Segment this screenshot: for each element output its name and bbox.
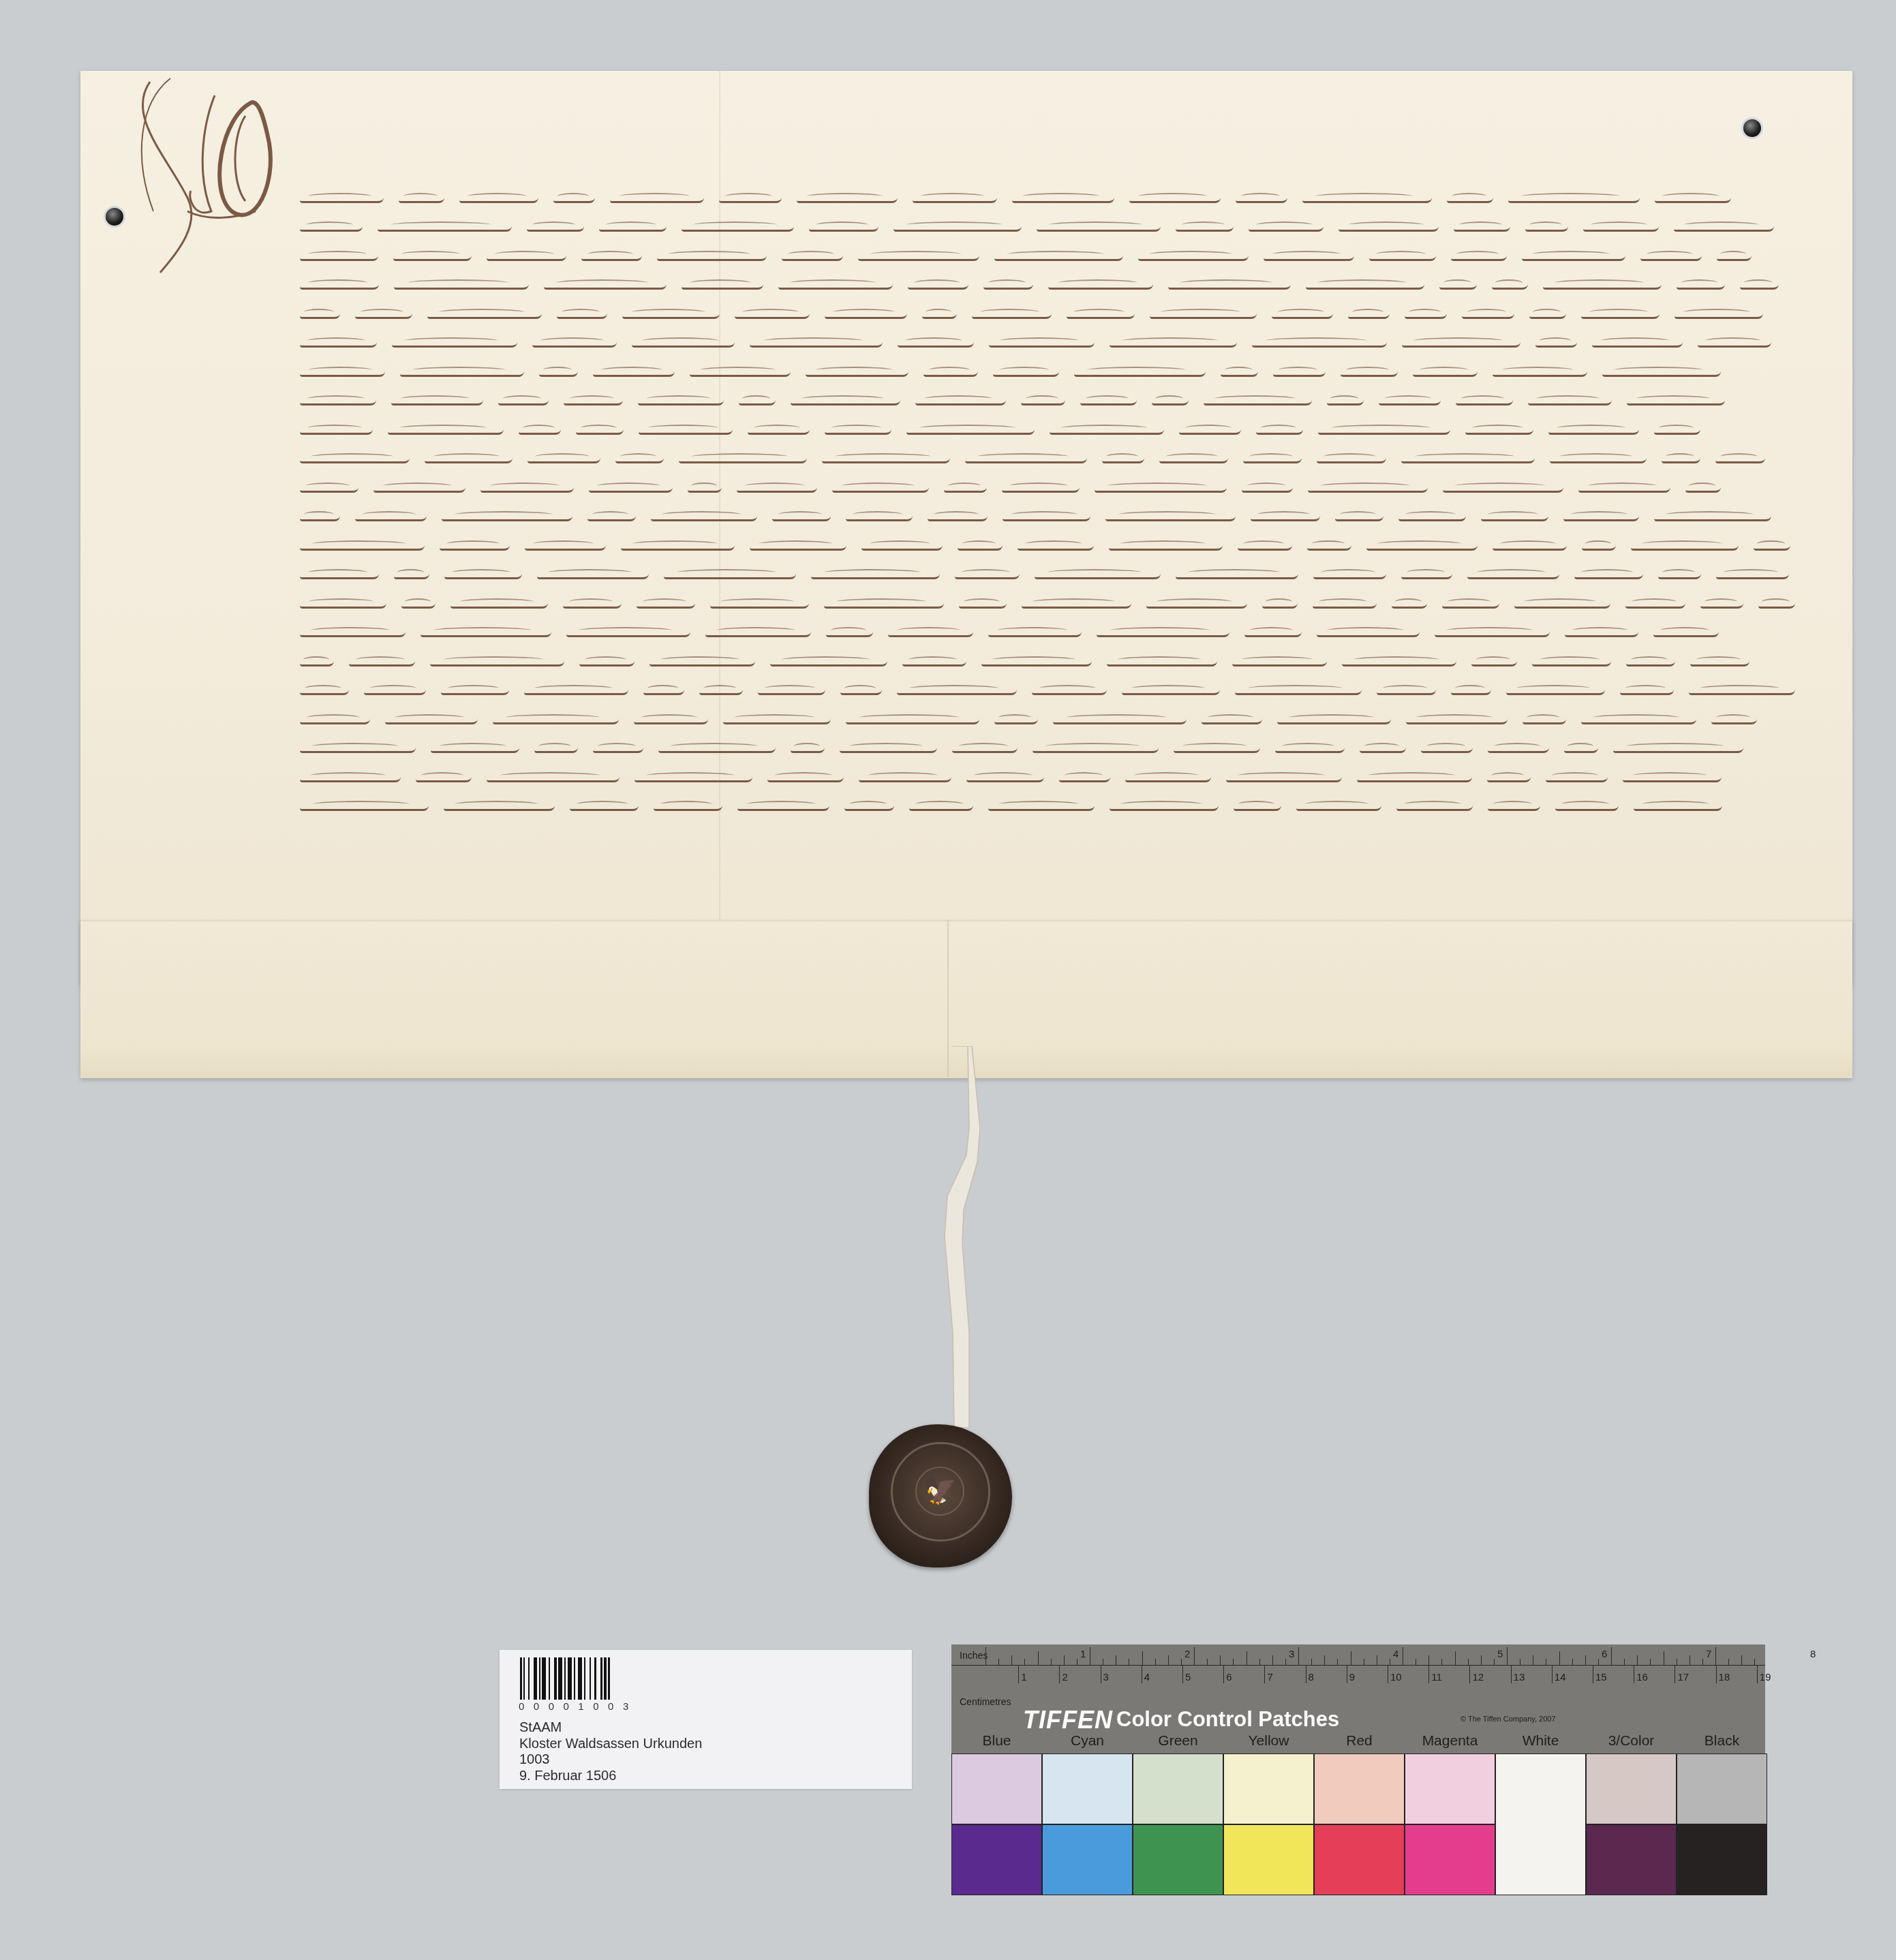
script-word <box>401 594 435 609</box>
ruler-tick-inch <box>1611 1647 1612 1665</box>
text-line <box>300 724 1820 754</box>
script-word <box>1658 568 1701 579</box>
label-institution: StAAM <box>519 1720 702 1736</box>
label-number: 1003 <box>519 1752 702 1768</box>
script-word <box>430 653 564 667</box>
script-word <box>1447 192 1493 203</box>
patch-label-magenta: Magenta <box>1405 1733 1495 1749</box>
script-word <box>750 333 883 348</box>
script-word <box>1318 422 1450 435</box>
script-word <box>1627 391 1725 405</box>
script-word <box>1159 453 1228 463</box>
script-word <box>1581 308 1660 319</box>
script-word <box>1574 566 1643 579</box>
script-word <box>300 391 376 405</box>
script-word <box>1202 716 1262 724</box>
barcode-number: 00001003 <box>519 1701 638 1713</box>
script-word <box>758 683 825 695</box>
patch-dark-green <box>1133 1824 1223 1895</box>
ruler-tick-inch <box>1168 1655 1169 1665</box>
script-word <box>1308 478 1428 493</box>
script-word <box>1146 600 1247 609</box>
text-line <box>300 261 1820 290</box>
script-word <box>1021 394 1065 405</box>
script-word <box>1653 622 1719 637</box>
patch-light-cyan <box>1042 1754 1133 1824</box>
script-word <box>1405 310 1447 319</box>
script-word <box>1109 538 1223 551</box>
script-word <box>576 421 624 435</box>
script-word <box>1529 306 1566 319</box>
script-word <box>440 537 510 551</box>
script-word <box>1583 219 1659 232</box>
ruler-tick-inch <box>1285 1659 1286 1665</box>
script-word <box>388 423 504 435</box>
patch-label-blue: Blue <box>951 1733 1042 1749</box>
script-word <box>952 741 1018 753</box>
script-word <box>1235 683 1362 695</box>
script-word <box>688 481 722 493</box>
script-word <box>450 598 548 609</box>
script-word <box>1620 682 1674 695</box>
script-word <box>1543 275 1662 290</box>
script-word <box>593 362 675 377</box>
script-word <box>1341 363 1398 377</box>
script-word <box>1456 392 1513 405</box>
script-word <box>1377 684 1436 695</box>
script-word <box>1379 395 1441 405</box>
script-word <box>459 191 538 203</box>
script-word <box>1234 797 1281 811</box>
text-line <box>300 435 1820 464</box>
script-word <box>1022 594 1131 609</box>
script-word <box>421 626 551 637</box>
script-word <box>1396 799 1473 811</box>
ruler-inch-number: 7 <box>1706 1649 1711 1660</box>
script-word <box>498 394 549 405</box>
ruler-tick-cm <box>1593 1666 1593 1683</box>
script-word <box>1451 250 1507 261</box>
patch-dark-yellow <box>1223 1824 1314 1895</box>
script-word <box>739 397 776 405</box>
ruler-tick-inch <box>1181 1659 1182 1665</box>
text-line <box>300 521 1820 551</box>
text-line <box>300 667 1820 696</box>
script-word <box>1465 424 1533 435</box>
barcode-bar <box>608 1657 610 1700</box>
script-word <box>1174 739 1260 753</box>
ruler-inch-number: 6 <box>1602 1649 1607 1660</box>
script-word <box>1110 798 1219 811</box>
script-word <box>1700 597 1743 609</box>
script-word <box>534 739 578 753</box>
script-word <box>1523 714 1566 724</box>
script-word <box>1392 600 1427 609</box>
script-word <box>643 686 684 695</box>
script-word <box>1592 335 1683 348</box>
script-word <box>1129 192 1221 203</box>
script-word <box>637 595 695 609</box>
script-word <box>539 366 578 377</box>
script-word <box>965 452 1087 463</box>
patch-light-blue <box>951 1754 1042 1824</box>
patch-dark-magenta <box>1405 1824 1495 1895</box>
script-word <box>658 740 776 753</box>
script-word <box>1555 797 1619 811</box>
script-word <box>581 251 642 261</box>
script-word <box>983 276 1033 290</box>
script-word <box>893 221 1022 232</box>
patch-light-magenta <box>1405 1754 1495 1824</box>
text-line <box>300 348 1820 377</box>
script-word <box>1313 566 1386 579</box>
ruler-tick-cm <box>1182 1666 1183 1683</box>
script-word <box>300 741 416 753</box>
script-word <box>442 509 572 521</box>
script-word <box>487 774 620 782</box>
script-word <box>690 367 791 377</box>
script-word <box>1508 194 1640 203</box>
script-word <box>1442 596 1499 609</box>
script-word <box>1357 769 1472 782</box>
script-word <box>1623 767 1722 782</box>
ruler-tick-inch <box>1259 1659 1260 1665</box>
script-word <box>737 484 817 493</box>
script-word <box>493 711 619 724</box>
script-word <box>300 222 363 232</box>
ruler-cm-number: 15 <box>1595 1672 1607 1683</box>
seal-strap <box>939 1046 980 1428</box>
script-word <box>1003 509 1090 521</box>
script-word <box>1369 250 1436 261</box>
text-line <box>300 174 1820 203</box>
script-word <box>1402 336 1520 348</box>
script-word <box>846 716 979 724</box>
script-word <box>1050 421 1164 435</box>
script-word <box>858 246 979 261</box>
script-word <box>966 767 1044 782</box>
text-line <box>300 377 1820 406</box>
script-word <box>989 334 1095 348</box>
script-word <box>679 450 807 463</box>
ruler-tick-cm <box>1223 1666 1224 1683</box>
text-line <box>300 609 1820 638</box>
script-word <box>349 652 415 667</box>
script-word <box>1546 767 1608 782</box>
ruler-tick-inch <box>1403 1647 1403 1665</box>
script-word <box>654 797 722 811</box>
script-word <box>806 367 908 377</box>
script-word <box>1074 365 1206 377</box>
script-word <box>955 568 1020 579</box>
patch-white <box>1495 1754 1586 1895</box>
script-word <box>1698 334 1771 348</box>
script-word <box>300 508 340 521</box>
script-word <box>400 363 524 377</box>
script-word <box>682 221 794 232</box>
script-word <box>1252 335 1387 348</box>
script-word <box>300 686 349 695</box>
text-line <box>300 290 1820 319</box>
script-word <box>527 455 600 463</box>
ruler-tick-inch <box>1715 1647 1716 1665</box>
script-word <box>1487 769 1531 782</box>
ruler-cm-number: 10 <box>1390 1672 1402 1683</box>
text-line <box>300 551 1820 580</box>
script-word <box>557 310 607 319</box>
script-word <box>1690 656 1749 667</box>
script-word <box>1401 449 1535 463</box>
script-word <box>1097 623 1229 637</box>
script-word <box>487 249 566 261</box>
ruler-cm-number: 14 <box>1555 1672 1566 1683</box>
ruler-tick-inch <box>1024 1659 1025 1665</box>
script-word <box>300 365 385 377</box>
script-word <box>993 368 1059 377</box>
script-word <box>1717 250 1752 261</box>
ruler-cm-number: 3 <box>1103 1672 1109 1683</box>
script-word <box>364 684 426 695</box>
script-word <box>1443 479 1563 493</box>
script-word <box>1302 188 1432 203</box>
script-word <box>1232 658 1327 667</box>
script-word <box>1481 512 1548 521</box>
text-line <box>300 319 1820 348</box>
script-word <box>908 281 968 290</box>
ruler-tick-inch <box>1624 1659 1625 1665</box>
ruler-tick-inch <box>1481 1655 1482 1665</box>
script-word <box>1439 281 1477 290</box>
script-word <box>1176 568 1298 579</box>
script-word <box>1454 220 1510 232</box>
ruler-tick-inch <box>1351 1651 1351 1665</box>
archive-label: 00001003 StAAM Kloster Waldsassen Urkund… <box>500 1650 912 1789</box>
ruler-tick-cm <box>1101 1666 1101 1683</box>
card-copyright: © The Tiffen Company, 2007 <box>1461 1715 1556 1724</box>
ruler-tick-inch <box>1116 1655 1116 1665</box>
script-word <box>1506 682 1605 695</box>
script-word <box>1492 277 1528 290</box>
script-word <box>1107 654 1217 667</box>
ruler-tick-inch <box>1637 1655 1638 1665</box>
ruler-tick-inch <box>1364 1659 1364 1665</box>
script-word <box>651 512 757 521</box>
script-word <box>1640 246 1702 261</box>
ruler-tick-inch <box>1272 1655 1273 1665</box>
ruler-tick-inch <box>1129 1659 1129 1665</box>
script-word <box>1327 393 1364 405</box>
script-word <box>1564 743 1598 753</box>
patch-light-black <box>1677 1754 1767 1824</box>
script-word <box>1581 715 1696 724</box>
ruler-tick-inch <box>1103 1659 1103 1665</box>
ruler-cm-number: 8 <box>1309 1672 1314 1683</box>
ruler-tick-cm <box>1469 1666 1470 1683</box>
script-word <box>1342 652 1456 667</box>
script-word <box>564 394 623 405</box>
script-word <box>826 626 873 637</box>
ruler-divider <box>951 1665 1765 1666</box>
ruler-tick-inch <box>1324 1655 1325 1665</box>
script-word <box>832 484 929 493</box>
script-word <box>710 598 809 609</box>
patch-dark-blue <box>951 1824 1042 1895</box>
script-word <box>519 425 561 435</box>
script-word <box>737 801 829 811</box>
script-word <box>1273 364 1326 377</box>
script-word <box>840 682 882 695</box>
patch-dark-3-color <box>1586 1824 1677 1895</box>
script-word <box>1122 686 1220 695</box>
ruler-inch-number: 3 <box>1289 1649 1294 1660</box>
script-word <box>394 566 429 579</box>
ruler-tick-inch <box>998 1659 999 1665</box>
script-word <box>1053 709 1187 724</box>
script-word <box>1179 423 1241 435</box>
patch-label-black: Black <box>1677 1733 1767 1749</box>
script-word <box>1306 280 1424 290</box>
ruler-tick-cm <box>1018 1666 1019 1683</box>
script-word <box>1493 366 1587 377</box>
script-word <box>1758 596 1795 609</box>
script-word <box>1550 451 1647 463</box>
script-word <box>427 309 542 319</box>
ruler-cm-number: 17 <box>1677 1672 1689 1683</box>
script-word <box>1522 247 1625 261</box>
script-word <box>906 422 1035 435</box>
script-word <box>632 336 735 348</box>
script-word <box>544 277 667 290</box>
ruler-tick-inch <box>1298 1647 1299 1665</box>
script-word <box>1262 599 1298 609</box>
script-word <box>391 397 483 405</box>
script-word <box>622 310 720 319</box>
script-word <box>300 249 378 261</box>
script-word <box>772 512 831 521</box>
script-word <box>300 420 373 435</box>
patch-dark-black <box>1677 1824 1767 1895</box>
script-word <box>735 309 810 319</box>
ruler-tick-inch <box>1468 1659 1469 1665</box>
script-word <box>1018 540 1094 551</box>
script-word <box>897 680 1017 695</box>
script-word <box>1532 656 1611 667</box>
ruler-tick-inch <box>1754 1659 1755 1665</box>
ruler-cm-number: 4 <box>1144 1672 1150 1683</box>
script-word <box>1348 305 1390 319</box>
ruler-tick-inch <box>1507 1647 1508 1665</box>
ruler-cm-number: 12 <box>1472 1672 1484 1683</box>
script-word <box>1514 599 1610 609</box>
script-word <box>399 193 444 203</box>
script-word <box>537 570 649 579</box>
ruler-tick-inch <box>1585 1655 1586 1665</box>
ruler-tick-inch <box>1650 1659 1651 1665</box>
ruler-tick-inch <box>1677 1659 1677 1665</box>
ruler-tick-inch <box>1038 1651 1039 1665</box>
script-word <box>846 512 913 521</box>
card-title: Color Control Patches <box>1116 1707 1339 1732</box>
barcode <box>520 1657 610 1700</box>
script-word <box>1264 252 1354 261</box>
script-word <box>1548 423 1639 435</box>
script-word <box>393 247 472 261</box>
ruler-tick-inch <box>1247 1651 1247 1665</box>
script-word <box>1406 709 1508 724</box>
script-word <box>1110 335 1237 348</box>
script-word <box>1493 540 1567 551</box>
script-word <box>1582 539 1616 551</box>
script-word <box>1467 567 1559 579</box>
script-word <box>915 391 1006 405</box>
script-word <box>378 220 512 232</box>
script-word <box>431 740 519 753</box>
script-word <box>1366 542 1478 551</box>
ruler-tick-inch <box>1689 1655 1690 1665</box>
script-word <box>480 480 574 493</box>
script-word <box>1525 223 1568 232</box>
patch-label-white: White <box>1495 1733 1586 1749</box>
label-date: 9. Februar 1506 <box>519 1768 702 1785</box>
script-word <box>1654 510 1771 521</box>
script-word <box>1716 570 1789 579</box>
script-word <box>1740 279 1779 290</box>
script-word <box>1277 714 1391 724</box>
ruler-tick-inch <box>1233 1659 1234 1665</box>
script-word <box>723 711 831 724</box>
ruler-cm-number: 11 <box>1431 1672 1442 1683</box>
ruler-inch-number: 4 <box>1393 1649 1398 1660</box>
script-word <box>1613 742 1743 753</box>
script-word <box>791 394 900 405</box>
script-word <box>682 280 763 290</box>
script-word <box>1565 627 1638 637</box>
script-word <box>1715 452 1765 463</box>
script-word <box>797 194 898 203</box>
ruler-tick-inch <box>1533 1655 1533 1665</box>
script-word <box>300 338 377 348</box>
ruler-cm-number: 18 <box>1719 1672 1730 1683</box>
ruler-tick-cm <box>1552 1666 1553 1683</box>
script-word <box>923 365 978 377</box>
script-word <box>719 189 782 203</box>
script-word <box>705 628 811 637</box>
script-word <box>593 744 643 753</box>
script-word <box>527 219 584 232</box>
ruler-tick-inch <box>1428 1655 1429 1665</box>
script-word <box>1095 478 1227 493</box>
script-word <box>525 540 606 551</box>
ruler-cm-number: 1 <box>1021 1672 1026 1683</box>
script-word <box>570 799 639 811</box>
text-line <box>300 463 1820 493</box>
script-word <box>1256 421 1303 435</box>
script-word <box>1398 512 1466 521</box>
script-word <box>1421 742 1473 753</box>
script-word <box>1032 683 1107 695</box>
tiffen-logo: TIFFEN <box>1023 1706 1113 1734</box>
script-word <box>981 652 1092 667</box>
eagle-icon: 🦅 <box>915 1467 964 1516</box>
ruler-tick-inch <box>1142 1651 1143 1665</box>
script-word <box>638 395 724 405</box>
ruler-tick-cm <box>1716 1666 1717 1683</box>
patch-dark-cyan <box>1042 1824 1133 1895</box>
script-word <box>959 600 1007 609</box>
ruler-tick-cm <box>1675 1666 1675 1683</box>
ruler-tick-inch <box>1207 1659 1208 1665</box>
text-line <box>300 579 1820 609</box>
